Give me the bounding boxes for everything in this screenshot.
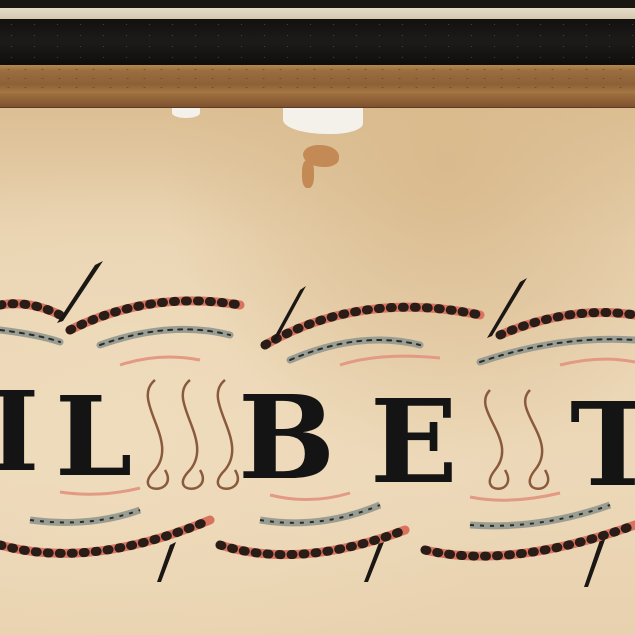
upper-red-garland — [0, 301, 635, 345]
letter-3: E — [370, 375, 458, 510]
upper-gray-band — [0, 329, 635, 362]
fraktur-artwork: I L B E T — [0, 0, 635, 635]
figure-eight-flourishes — [148, 380, 548, 489]
letter-4: T — [570, 378, 635, 513]
letter-1: L — [55, 372, 132, 501]
letter-2: B — [238, 371, 335, 506]
letter-0: I — [0, 367, 39, 496]
lower-gray-band — [30, 505, 610, 526]
